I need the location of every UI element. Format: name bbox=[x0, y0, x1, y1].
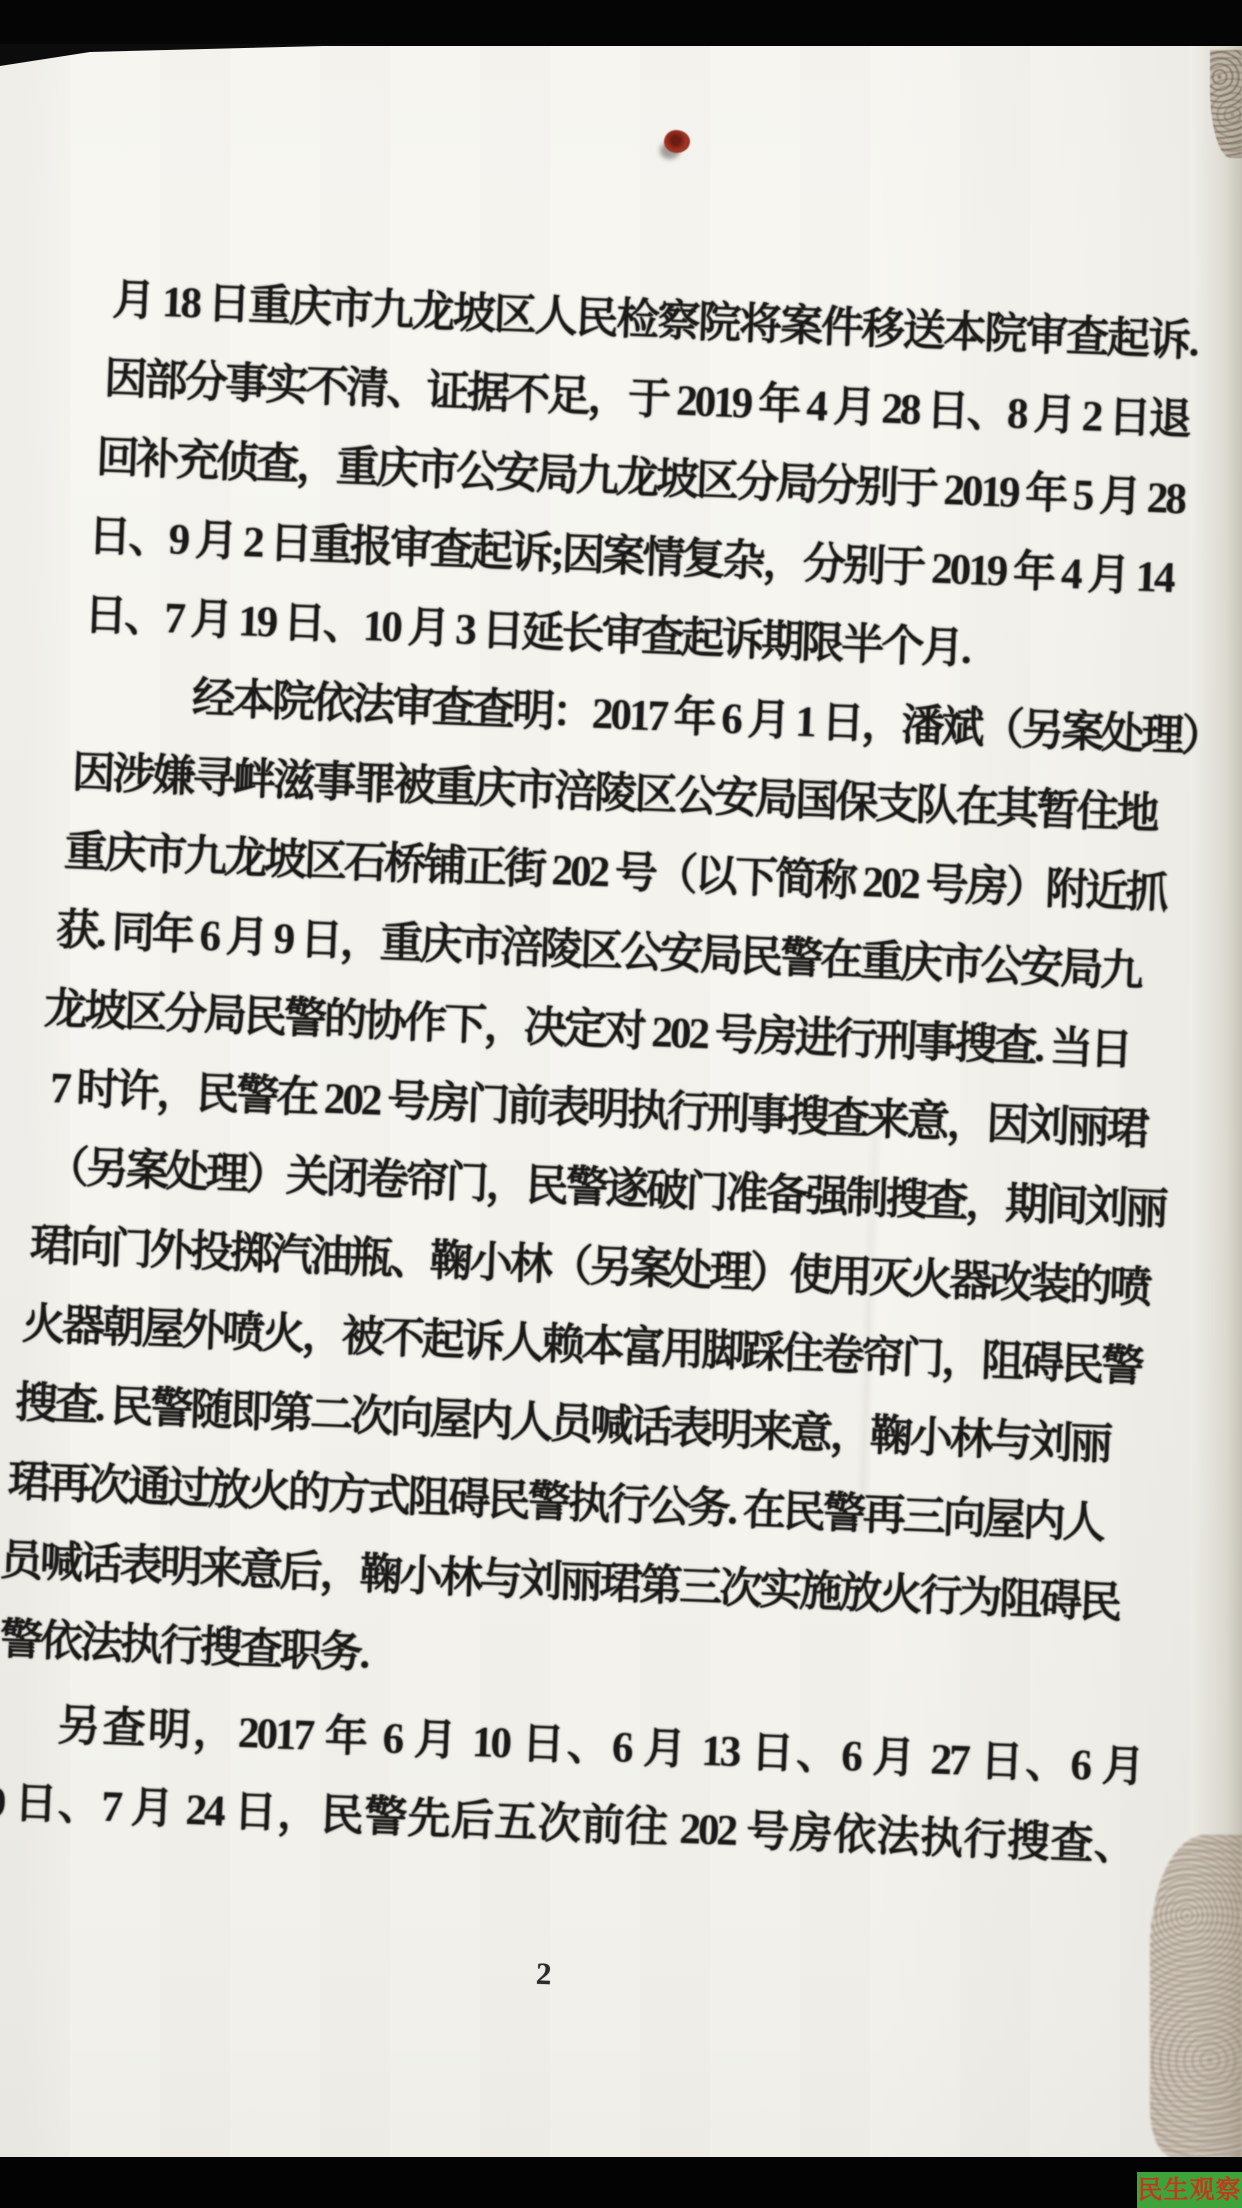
document-text-block: 月 18 日重庆市九龙坡区人民检察院将案件移送本院审查起诉. 因部分事实不清、证… bbox=[29, 260, 1242, 1888]
red-ink-stain bbox=[664, 130, 690, 153]
watermark-badge: 民生观察 bbox=[1137, 2172, 1242, 2208]
page-number: 2 bbox=[535, 1956, 552, 1993]
photo-letterbox-top bbox=[0, 0, 1242, 46]
photo-letterbox-bottom bbox=[0, 2157, 1242, 2208]
watermark-label: 民生观察 bbox=[1137, 2178, 1241, 2203]
photographed-document-page: { "page": { "kind": "scanned legal docum… bbox=[0, 0, 1242, 2208]
